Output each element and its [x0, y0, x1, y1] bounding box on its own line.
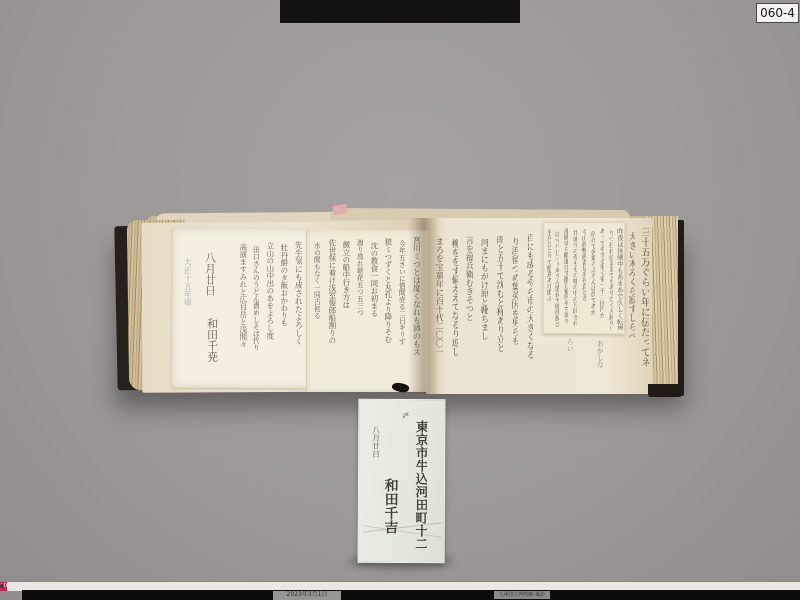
calligraphy-column: 和田千吉	[383, 478, 398, 558]
calligraphy-column: 八月廿日	[371, 426, 380, 488]
envelope-slip: 〆八月廿日東京市牛込河田町十二和田千吉	[358, 399, 446, 563]
archive-photo: 060-4 八月廿日和田千尭大正十五年頃先生気にも成されたよろしく牡丹餅のタ飯お…	[0, 0, 800, 600]
ruler-number: 8	[0, 582, 4, 591]
pasted-letter-sheet	[171, 228, 312, 389]
pasted-center-sheet	[306, 230, 428, 392]
calligraphy-column: 〆	[399, 410, 409, 430]
calligraphy-column: 東京市牛込河田町十二	[413, 420, 427, 558]
grayscale-calibration-bar	[280, 0, 520, 23]
pasted-note-sheet	[543, 222, 626, 334]
book-cover-edge	[648, 384, 682, 397]
credit-label: 九州国立博物館 撮影	[494, 591, 550, 600]
date-stamp: 2023年3月1日	[273, 591, 341, 600]
photo-id-label: 060-4	[756, 3, 799, 23]
